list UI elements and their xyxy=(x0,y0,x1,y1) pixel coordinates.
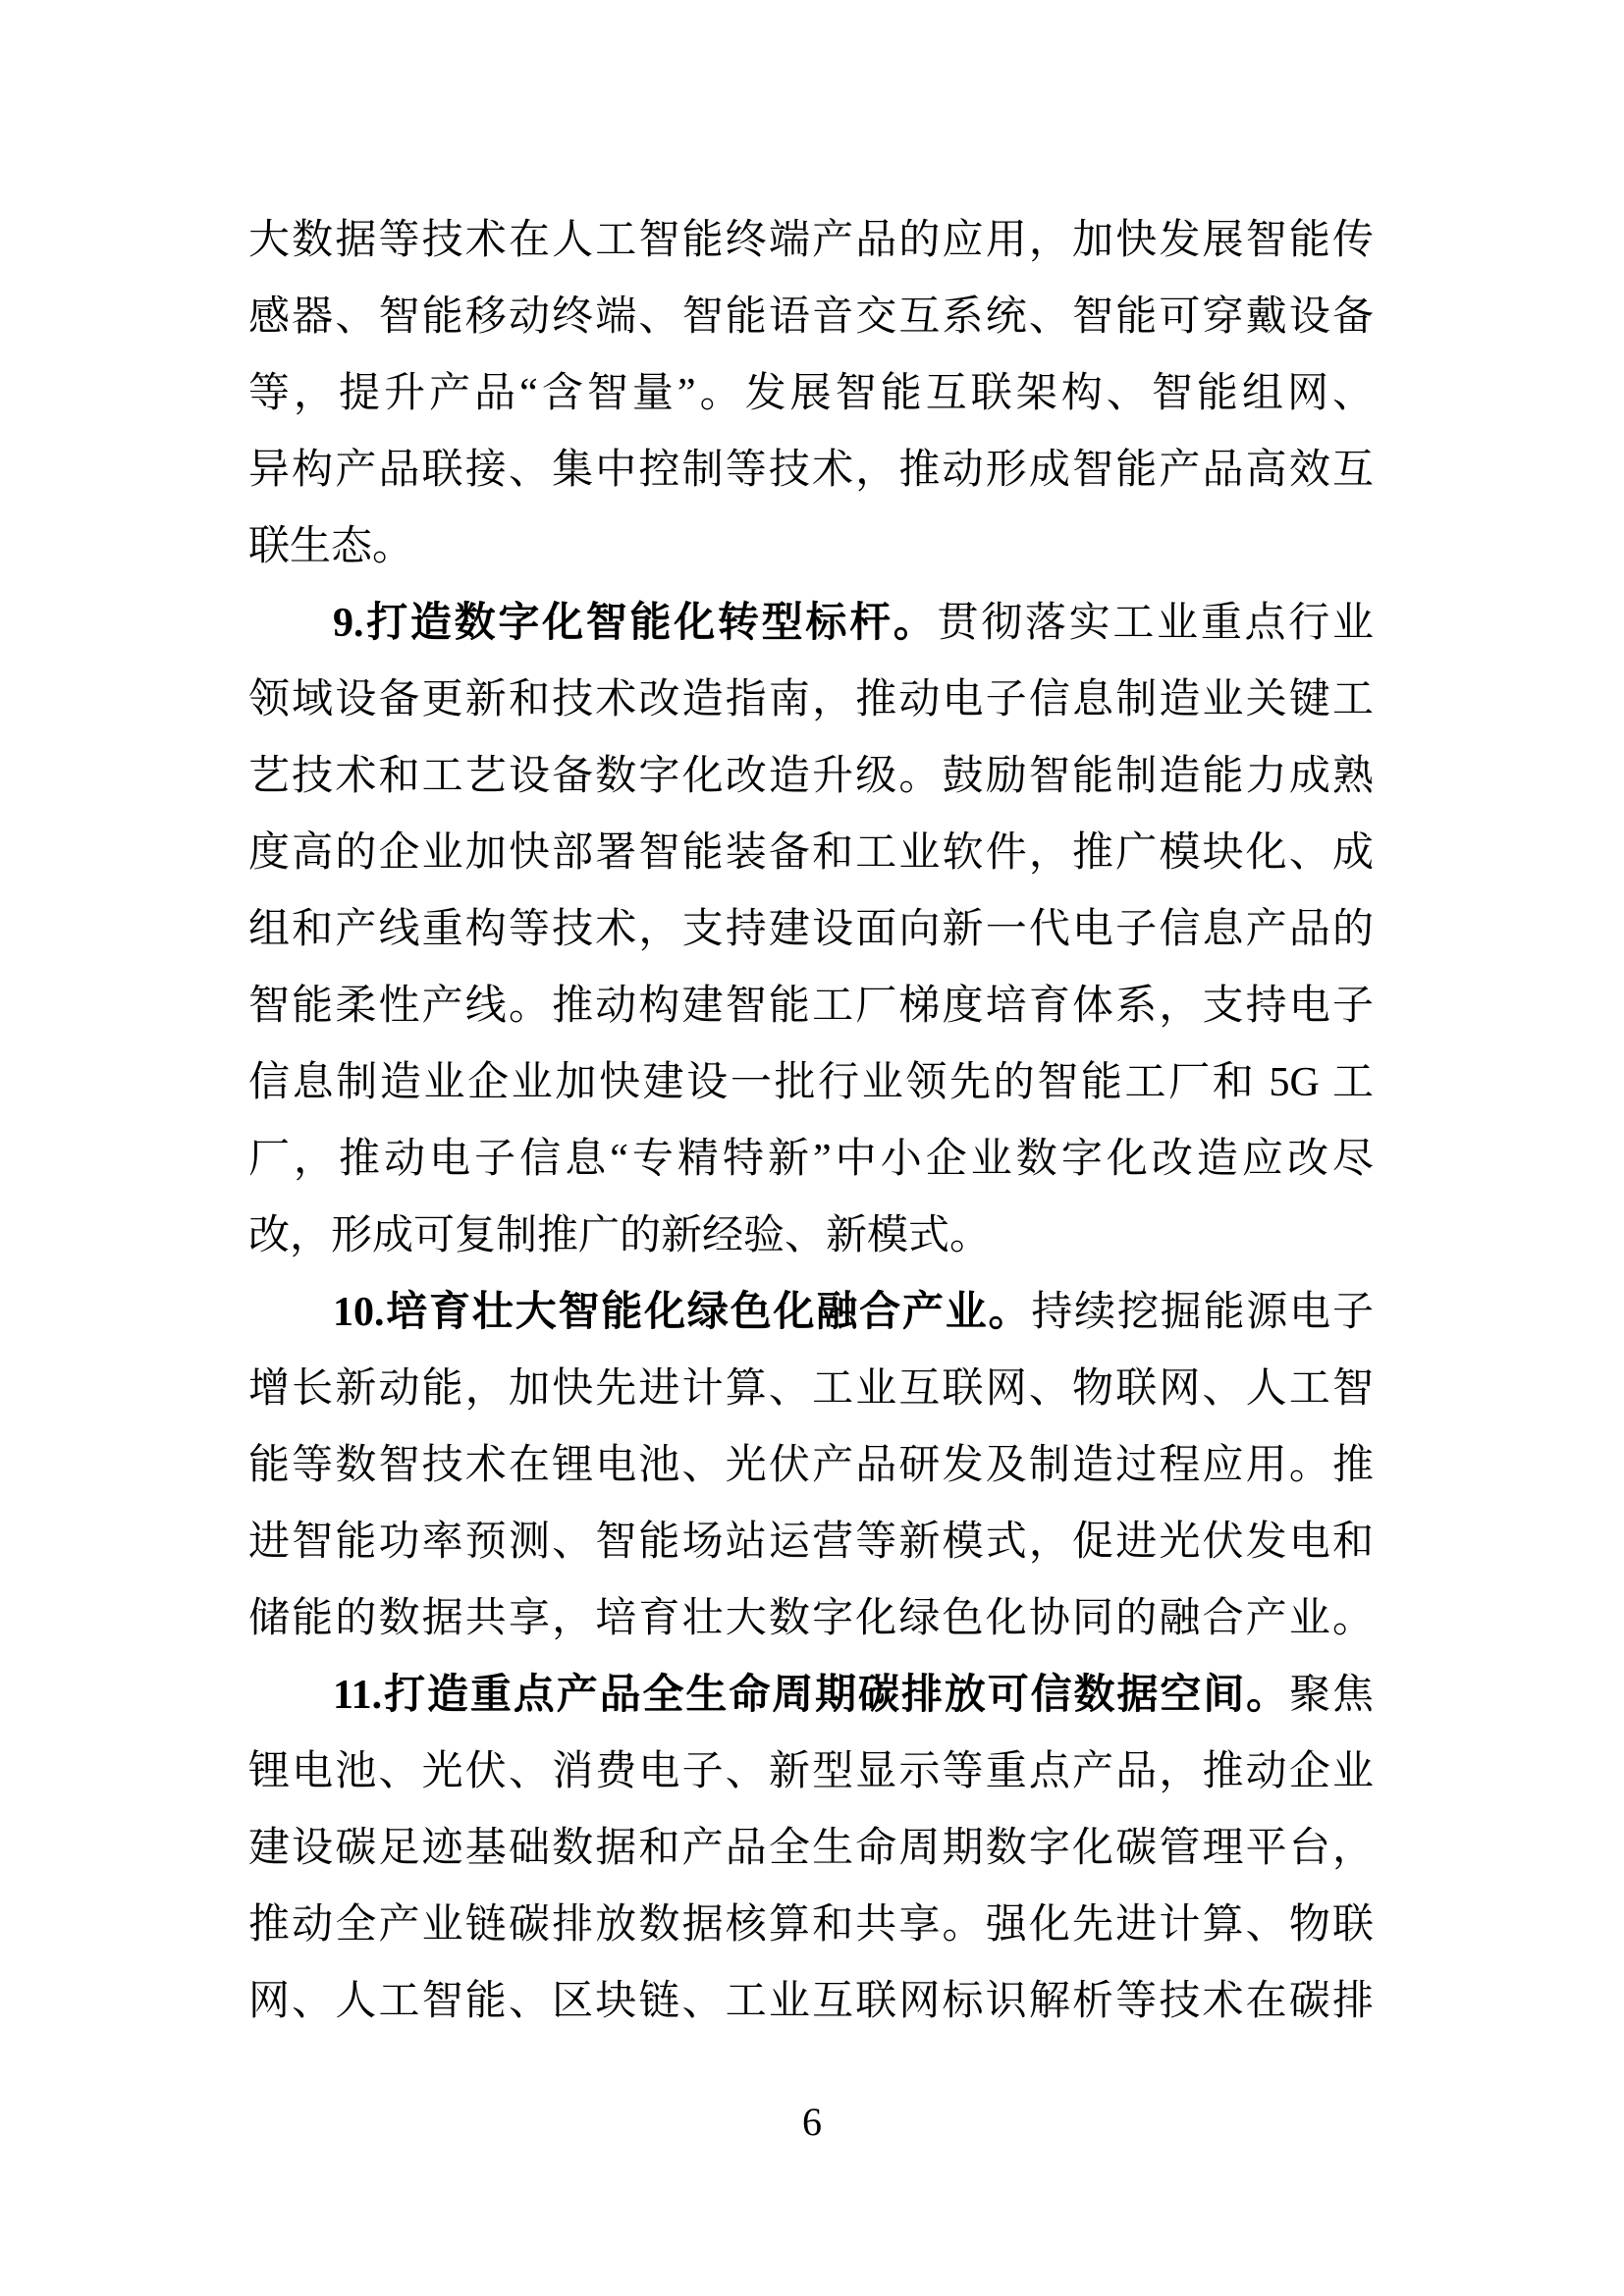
text-line: 增长新动能，加快先进计算、工业互联网、物联网、人工智 xyxy=(248,1351,1374,1427)
text-line: 储能的数据共享，培育壮大数字化绿色化协同的融合产业。 xyxy=(248,1580,1374,1657)
line-text-segment: 信息制造业企业加快建设一批行业领先的智能工厂和 5G 工 xyxy=(248,1060,1374,1105)
text-line: 度高的企业加快部署智能装备和工业软件，推广模块化、成 xyxy=(248,815,1374,891)
line-text-segment: 进智能功率预测、智能场站运营等新模式，促进光伏发电和 xyxy=(248,1520,1374,1565)
text-line: 进智能功率预测、智能场站运营等新模式，促进光伏发电和 xyxy=(248,1504,1374,1580)
text-block: 大数据等技术在人工智能终端产品的应用，加快发展智能传感器、智能移动终端、智能语音… xyxy=(248,202,1374,2040)
line-text-segment: 推动全产业链碳排放数据核算和共享。强化先进计算、物联 xyxy=(248,1902,1374,1948)
line-text-segment: 聚焦 xyxy=(1289,1673,1374,1718)
line-text-segment: 领域设备更新和技术改造指南，推动电子信息制造业关键工 xyxy=(248,677,1374,722)
text-line: 网、人工智能、区块链、工业互联网标识解析等技术在碳排 xyxy=(248,1963,1374,2040)
line-text-segment: 增长新动能，加快先进计算、工业互联网、物联网、人工智 xyxy=(248,1366,1374,1412)
text-line: 改，形成可复制推广的新经验、新模式。 xyxy=(248,1198,1374,1274)
text-line: 领域设备更新和技术改造指南，推动电子信息制造业关键工 xyxy=(248,662,1374,738)
text-line: 11.打造重点产品全生命周期碳排放可信数据空间。聚焦 xyxy=(248,1657,1374,1734)
text-line: 锂电池、光伏、消费电子、新型显示等重点产品，推动企业 xyxy=(248,1734,1374,1810)
line-text-segment: 大数据等技术在人工智能终端产品的应用，加快发展智能传 xyxy=(248,218,1374,263)
text-line: 联生态。 xyxy=(248,508,1374,585)
text-line: 组和产线重构等技术，支持建设面向新一代电子信息产品的 xyxy=(248,891,1374,968)
line-text-segment: 持续挖掘能源电子 xyxy=(1031,1290,1374,1335)
text-line: 等，提升产品“含智量”。发展智能互联架构、智能组网、 xyxy=(248,355,1374,432)
text-line: 9.打造数字化智能化转型标杆。贯彻落实工业重点行业 xyxy=(248,585,1374,662)
line-text-segment: 艺技术和工艺设备数字化改造升级。鼓励智能制造能力成熟 xyxy=(248,754,1374,799)
line-text-segment: 智能柔性产线。推动构建智能工厂梯度培育体系，支持电子 xyxy=(248,984,1374,1029)
text-line: 感器、智能移动终端、智能语音交互系统、智能可穿戴设备 xyxy=(248,279,1374,355)
text-line: 艺技术和工艺设备数字化改造升级。鼓励智能制造能力成熟 xyxy=(248,738,1374,815)
line-text-segment: 联生态。 xyxy=(248,524,413,569)
document-page: 大数据等技术在人工智能终端产品的应用，加快发展智能传感器、智能移动终端、智能语音… xyxy=(0,0,1624,2296)
line-text-segment: 厂，推动电子信息“专精特新”中小企业数字化改造应改尽 xyxy=(248,1137,1374,1182)
line-text-segment: 度高的企业加快部署智能装备和工业软件，推广模块化、成 xyxy=(248,830,1374,876)
line-text-segment: 异构产品联接、集中控制等技术，推动形成智能产品高效互 xyxy=(248,448,1374,493)
line-text-segment: 建设碳足迹基础数据和产品全生命周期数字化碳管理平台， xyxy=(248,1826,1374,1871)
line-text-segment: 组和产线重构等技术，支持建设面向新一代电子信息产品的 xyxy=(248,907,1374,952)
text-line: 10.培育壮大智能化绿色化融合产业。持续挖掘能源电子 xyxy=(248,1274,1374,1351)
line-text-segment: 储能的数据共享，培育壮大数字化绿色化协同的融合产业。 xyxy=(248,1596,1374,1641)
line-bold-segment: 11.打造重点产品全生命周期碳排放可信数据空间。 xyxy=(333,1673,1289,1718)
page-number: 6 xyxy=(0,2101,1624,2144)
line-text-segment: 网、人工智能、区块链、工业互联网标识解析等技术在碳排 xyxy=(248,1979,1374,2024)
text-line: 能等数智技术在锂电池、光伏产品研发及制造过程应用。推 xyxy=(248,1427,1374,1504)
text-line: 信息制造业企业加快建设一批行业领先的智能工厂和 5G 工 xyxy=(248,1044,1374,1121)
text-line: 厂，推动电子信息“专精特新”中小企业数字化改造应改尽 xyxy=(248,1121,1374,1198)
line-bold-segment: 9.打造数字化智能化转型标杆。 xyxy=(333,601,938,646)
text-line: 智能柔性产线。推动构建智能工厂梯度培育体系，支持电子 xyxy=(248,968,1374,1044)
line-text-segment: 能等数智技术在锂电池、光伏产品研发及制造过程应用。推 xyxy=(248,1443,1374,1488)
line-text-segment: 改，形成可复制推广的新经验、新模式。 xyxy=(248,1213,991,1258)
line-text-segment: 贯彻落实工业重点行业 xyxy=(938,601,1374,646)
text-line: 大数据等技术在人工智能终端产品的应用，加快发展智能传 xyxy=(248,202,1374,279)
text-line: 建设碳足迹基础数据和产品全生命周期数字化碳管理平台， xyxy=(248,1810,1374,1887)
line-text-segment: 锂电池、光伏、消费电子、新型显示等重点产品，推动企业 xyxy=(248,1749,1374,1794)
line-text-segment: 等，提升产品“含智量”。发展智能互联架构、智能组网、 xyxy=(248,371,1374,416)
line-text-segment: 感器、智能移动终端、智能语音交互系统、智能可穿戴设备 xyxy=(248,294,1374,340)
text-line: 推动全产业链碳排放数据核算和共享。强化先进计算、物联 xyxy=(248,1887,1374,1963)
line-bold-segment: 10.培育壮大智能化绿色化融合产业。 xyxy=(333,1290,1031,1335)
text-line: 异构产品联接、集中控制等技术，推动形成智能产品高效互 xyxy=(248,432,1374,508)
